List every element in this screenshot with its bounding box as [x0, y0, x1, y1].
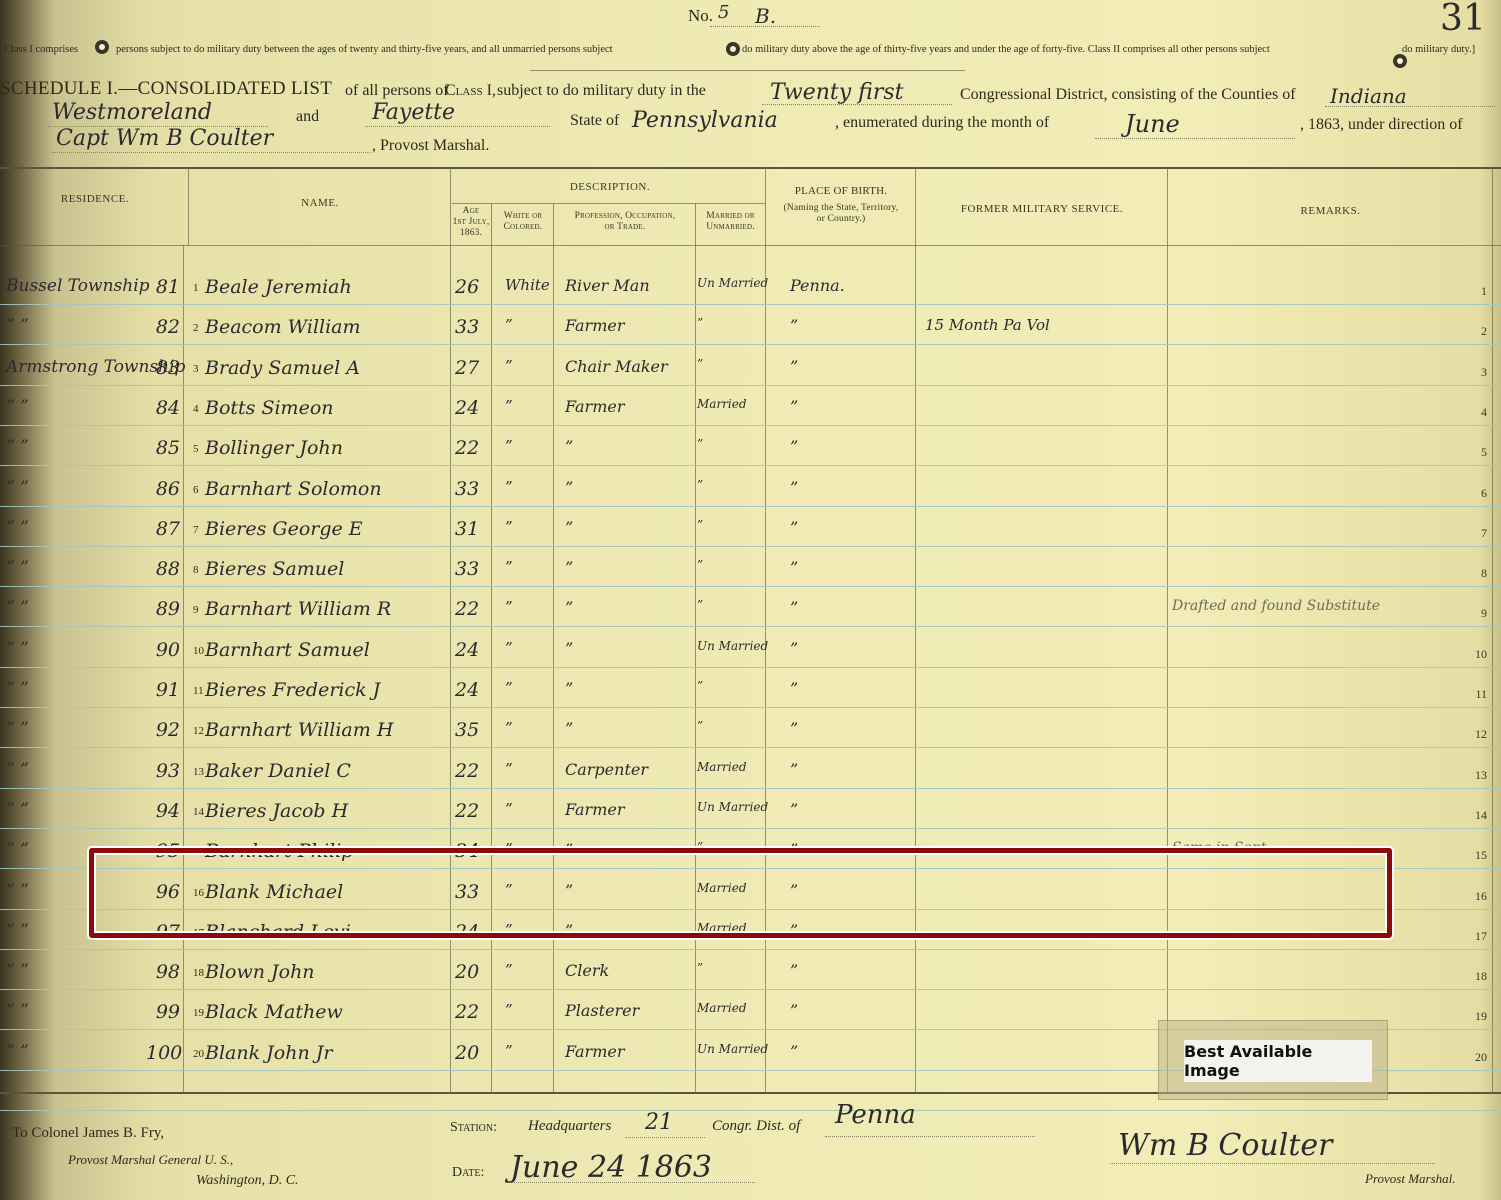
- signature-title: Provost Marshal.: [1365, 1171, 1456, 1187]
- residence-place: ” ”: [6, 316, 29, 336]
- marital-status: ”: [697, 558, 703, 572]
- profession: Farmer: [565, 316, 625, 335]
- place-of-birth: ”: [790, 478, 798, 497]
- state-value: Pennsylvania: [632, 108, 778, 133]
- marital-status: ”: [697, 316, 703, 330]
- age: 31: [455, 518, 479, 540]
- profession: Carpenter: [565, 760, 648, 779]
- age: 26: [455, 276, 479, 298]
- age: 24: [455, 679, 479, 701]
- enumerated-label: , enumerated during the month of: [835, 114, 1049, 132]
- white-or-colored: ”: [505, 1001, 513, 1019]
- profession: Farmer: [565, 397, 625, 416]
- age: 33: [455, 316, 479, 338]
- header-age: Age 1st July, 1863.: [451, 206, 491, 239]
- header-name: NAME.: [260, 198, 380, 209]
- residence-place: ” ”: [6, 679, 29, 699]
- residence-number: 81: [146, 276, 180, 298]
- table-row: ” ”9414Bieres Jacob H22”FarmerUn Married…: [0, 792, 1501, 832]
- header-white-or-colored: White or Colored.: [493, 211, 553, 233]
- line-number: 7: [1481, 526, 1487, 541]
- entry-index: 12: [193, 725, 204, 737]
- person-name: Blown John: [205, 961, 315, 983]
- place-of-birth: ”: [790, 598, 798, 617]
- table-row: ” ”899Barnhart William R22””””Drafted an…: [0, 590, 1501, 630]
- residence-place: ” ”: [6, 719, 29, 739]
- class-note-mid2: do military duty above the age of thirty…: [742, 44, 1270, 55]
- white-or-colored: ”: [505, 719, 513, 737]
- header-residence: RESIDENCE.: [40, 194, 150, 205]
- best-available-image-stamp: Best Available Image: [1184, 1040, 1372, 1082]
- profession: ”: [565, 598, 573, 617]
- marital-status: ”: [697, 719, 703, 733]
- line-number: 6: [1481, 486, 1487, 501]
- age: 33: [455, 558, 479, 580]
- person-name: Barnhart William H: [205, 719, 393, 741]
- white-or-colored: ”: [505, 518, 513, 536]
- table-row: Bussel Township811Beale Jeremiah26WhiteR…: [0, 268, 1501, 308]
- class-note-end: do military duty.]: [1402, 44, 1475, 55]
- former-military-service: 15 Month Pa Vol: [925, 316, 1050, 334]
- residence-number: 89: [146, 598, 180, 620]
- month-value: June: [1125, 110, 1180, 138]
- residence-place: ” ”: [6, 598, 29, 618]
- district-of-value: Penna: [835, 1100, 916, 1130]
- profession: ”: [565, 518, 573, 537]
- profession: Chair Maker: [565, 357, 668, 376]
- table-row: ” ”9818Blown John20”Clerk””18: [0, 953, 1501, 993]
- title-and: and: [296, 108, 319, 126]
- marital-status: ”: [697, 437, 703, 451]
- line-number: 9: [1481, 606, 1487, 621]
- document-page: No. 5 B. 31 Class I comprises persons su…: [0, 0, 1501, 1200]
- marital-status: Un Married: [697, 639, 768, 653]
- entry-index: 7: [193, 524, 199, 536]
- line-number: 17: [1475, 929, 1487, 944]
- residence-number: 93: [146, 760, 180, 782]
- residence-place: ” ”: [6, 558, 29, 578]
- title-class: Class I,: [445, 82, 496, 100]
- station-hq: Headquarters: [528, 1118, 611, 1135]
- entry-index: 3: [193, 363, 199, 375]
- place-of-birth: ”: [790, 397, 798, 416]
- age: 22: [455, 598, 479, 620]
- entry-index: 5: [193, 443, 199, 455]
- marshal-label: , Provost Marshal.: [372, 137, 489, 155]
- page-number: 31: [1440, 0, 1486, 39]
- marital-status: Married: [697, 760, 747, 774]
- table-row: ” ”844Botts Simeon24”FarmerMarried”4: [0, 389, 1501, 429]
- person-name: Brady Samuel A: [205, 357, 360, 379]
- table-row: ” ”9010Barnhart Samuel24””Un Married”10: [0, 631, 1501, 671]
- residence-place: ” ”: [6, 478, 29, 498]
- marshal-value: Capt Wm B Coulter: [56, 126, 273, 151]
- residence-number: 87: [146, 518, 180, 540]
- footer-to-line2: Provost Marshal General U. S.,: [68, 1152, 233, 1168]
- white-or-colored: ”: [505, 639, 513, 657]
- residence-number: 85: [146, 437, 180, 459]
- profession: Clerk: [565, 961, 609, 980]
- residence-number: 82: [146, 316, 180, 338]
- header-remarks: REMARKS.: [1169, 206, 1492, 217]
- place-of-birth: ”: [790, 1001, 798, 1020]
- place-of-birth: ”: [790, 558, 798, 577]
- table-row: ” ”888Bieres Samuel33””””8: [0, 550, 1501, 590]
- residence-place: ” ”: [6, 840, 29, 860]
- line-number: 12: [1475, 727, 1487, 742]
- entry-index: 2: [193, 322, 199, 334]
- class-note-left: Class I comprises: [4, 44, 78, 55]
- marital-status: ”: [697, 679, 703, 693]
- residence-number: 90: [146, 639, 180, 661]
- place-of-birth: ”: [790, 639, 798, 658]
- table-row: ” ”866Barnhart Solomon33””””6: [0, 470, 1501, 510]
- age: 24: [455, 397, 479, 419]
- table-row: ” ”9111Bieres Frederick J24””””11: [0, 671, 1501, 711]
- person-name: Bieres Jacob H: [205, 800, 348, 822]
- entry-index: 8: [193, 564, 199, 576]
- age: 22: [455, 760, 479, 782]
- entry-index: 11: [193, 685, 204, 697]
- entry-index: 14: [193, 806, 204, 818]
- age: 24: [455, 639, 479, 661]
- white-or-colored: ”: [505, 800, 513, 818]
- white-or-colored: ”: [505, 760, 513, 778]
- station-value: 21: [645, 1110, 673, 1135]
- residence-place: ” ”: [6, 1001, 29, 1021]
- age: 22: [455, 437, 479, 459]
- profession: Farmer: [565, 1042, 625, 1061]
- profession: ”: [565, 639, 573, 658]
- profession: Farmer: [565, 800, 625, 819]
- line-number: 15: [1475, 848, 1487, 863]
- line-number: 8: [1481, 566, 1487, 581]
- residence-number: 91: [146, 679, 180, 701]
- line-number: 1: [1481, 284, 1487, 299]
- table-row: ” ”877Bieres George E31””””7: [0, 510, 1501, 550]
- line-number: 10: [1475, 647, 1487, 662]
- place-of-birth: ”: [790, 719, 798, 738]
- residence-place: ” ”: [6, 437, 29, 457]
- line-number: 5: [1481, 445, 1487, 460]
- person-name: Bieres George E: [205, 518, 363, 540]
- white-or-colored: White: [505, 276, 550, 294]
- place-of-birth: ”: [790, 760, 798, 779]
- age: 35: [455, 719, 479, 741]
- station-label: Station:: [450, 1120, 497, 1136]
- person-name: Barnhart Solomon: [205, 478, 382, 500]
- line-number: 16: [1475, 889, 1487, 904]
- entry-index: 13: [193, 766, 204, 778]
- entry-index: 20: [193, 1048, 204, 1060]
- person-name: Botts Simeon: [205, 397, 334, 419]
- marital-status: ”: [697, 357, 703, 371]
- white-or-colored: ”: [505, 478, 513, 496]
- document-number-label: No.: [688, 6, 713, 26]
- residence-number: 86: [146, 478, 180, 500]
- entry-index: 4: [193, 403, 199, 415]
- place-of-birth: ”: [790, 316, 798, 335]
- residence-place: ” ”: [6, 639, 29, 659]
- county-indiana: Indiana: [1330, 84, 1407, 108]
- title-of-all: of all persons of: [345, 82, 449, 100]
- header-profession: Profession, Occupation, or Trade.: [555, 211, 695, 233]
- punch-hole: [95, 40, 109, 54]
- place-of-birth: ”: [790, 1042, 798, 1061]
- white-or-colored: ”: [505, 1042, 513, 1060]
- residence-number: 92: [146, 719, 180, 741]
- line-number: 2: [1481, 324, 1487, 339]
- marital-status: Un Married: [697, 276, 768, 290]
- line-number: 18: [1475, 969, 1487, 984]
- title-subject: subject to do military duty in the: [497, 82, 706, 100]
- residence-place: Bussel Township: [6, 276, 150, 296]
- schedule-title: SCHEDULE I.—CONSOLIDATED LIST: [0, 78, 332, 100]
- residence-number: 88: [146, 558, 180, 580]
- header-description: DESCRIPTION.: [530, 182, 690, 193]
- age: 20: [455, 1042, 479, 1064]
- profession: ”: [565, 558, 573, 577]
- footer-to: To Colonel James B. Fry,: [12, 1125, 164, 1142]
- highlighted-rows-box: [89, 848, 1392, 938]
- age: 20: [455, 961, 479, 983]
- year-label: , 1863, under direction of: [1300, 116, 1463, 134]
- footer-to-line3: Washington, D. C.: [196, 1173, 299, 1189]
- person-name: Beacom William: [205, 316, 361, 338]
- person-name: Black Mathew: [205, 1001, 343, 1023]
- district-value: Twenty first: [770, 80, 904, 105]
- document-number-value: 5: [718, 2, 729, 23]
- table-row: ” ”9313Baker Daniel C22”CarpenterMarried…: [0, 752, 1501, 792]
- entry-index: 9: [193, 604, 199, 616]
- table-row: ” ”855Bollinger John22””””5: [0, 429, 1501, 469]
- residence-number: 100: [146, 1042, 180, 1064]
- white-or-colored: ”: [505, 679, 513, 697]
- profession: ”: [565, 679, 573, 698]
- marital-status: Un Married: [697, 1042, 768, 1056]
- person-name: Bieres Samuel: [205, 558, 344, 580]
- marital-status: ”: [697, 598, 703, 612]
- class-note-mid: persons subject to do military duty betw…: [116, 44, 613, 55]
- entry-index: 18: [193, 967, 204, 979]
- residence-number: 84: [146, 397, 180, 419]
- residence-place: ” ”: [6, 397, 29, 417]
- entry-index: 6: [193, 484, 199, 496]
- person-name: Beale Jeremiah: [205, 276, 352, 298]
- place-of-birth: Penna.: [790, 276, 845, 295]
- marital-status: ”: [697, 518, 703, 532]
- line-number: 11: [1475, 687, 1487, 702]
- residence-place: ” ”: [6, 881, 29, 901]
- table-row: ” ”9212Barnhart William H35””””12: [0, 711, 1501, 751]
- person-name: Blank John Jr: [205, 1042, 332, 1064]
- person-name: Barnhart William R: [205, 598, 391, 620]
- age: 22: [455, 800, 479, 822]
- header-former-military-service: FORMER MILITARY SERVICE.: [917, 204, 1167, 215]
- profession: ”: [565, 719, 573, 738]
- marital-status: Married: [697, 1001, 747, 1015]
- residence-place: ” ”: [6, 760, 29, 780]
- place-of-birth: ”: [790, 518, 798, 537]
- district-label: Congressional District, consisting of th…: [960, 86, 1296, 104]
- profession: ”: [565, 478, 573, 497]
- marital-status: Un Married: [697, 800, 768, 814]
- place-of-birth: ”: [790, 437, 798, 456]
- person-name: Barnhart Samuel: [205, 639, 370, 661]
- line-number: 19: [1475, 1009, 1487, 1024]
- place-of-birth: ”: [790, 800, 798, 819]
- line-number: 4: [1481, 405, 1487, 420]
- place-of-birth: ”: [790, 679, 798, 698]
- date-value: June 24 1863: [510, 1150, 712, 1185]
- residence-number: 83: [146, 357, 180, 379]
- person-name: Bollinger John: [205, 437, 343, 459]
- residence-place: ” ”: [6, 961, 29, 981]
- district-of-label: Congr. Dist. of: [712, 1118, 800, 1135]
- residence-place: ” ”: [6, 1042, 29, 1062]
- signature: Wm B Coulter: [1118, 1128, 1332, 1163]
- age: 27: [455, 357, 479, 379]
- header-place-of-birth: PLACE OF BIRTH. (Naming the State, Terri…: [767, 186, 915, 225]
- marital-status: ”: [697, 961, 703, 975]
- white-or-colored: ”: [505, 961, 513, 979]
- residence-number: 99: [146, 1001, 180, 1023]
- residence-place: ” ”: [6, 800, 29, 820]
- profession: ”: [565, 437, 573, 456]
- punch-hole: [1393, 54, 1407, 68]
- place-of-birth: ”: [790, 357, 798, 376]
- profession: Plasterer: [565, 1001, 639, 1020]
- white-or-colored: ”: [505, 598, 513, 616]
- county-fayette: Fayette: [372, 100, 455, 125]
- profession: River Man: [565, 276, 650, 295]
- age: 33: [455, 478, 479, 500]
- white-or-colored: ”: [505, 316, 513, 334]
- residence-place: ” ”: [6, 921, 29, 941]
- line-number: 13: [1475, 768, 1487, 783]
- person-name: Baker Daniel C: [205, 760, 351, 782]
- document-number-suffix: B.: [755, 4, 776, 28]
- marital-status: ”: [697, 478, 703, 492]
- white-or-colored: ”: [505, 397, 513, 415]
- white-or-colored: ”: [505, 558, 513, 576]
- state-label: State of: [570, 112, 619, 130]
- remarks: Drafted and found Substitute: [1172, 598, 1380, 614]
- header-married: Married or Unmarried.: [696, 211, 765, 233]
- county-westmoreland: Westmoreland: [52, 100, 212, 125]
- entry-index: 19: [193, 1007, 204, 1019]
- line-number: 20: [1475, 1050, 1487, 1065]
- age: 22: [455, 1001, 479, 1023]
- person-name: Bieres Frederick J: [205, 679, 380, 701]
- ruled-line: [0, 1110, 1501, 1111]
- line-number: 14: [1475, 808, 1487, 823]
- table-row: ” ”822Beacom William33”Farmer””15 Month …: [0, 308, 1501, 348]
- punch-hole: [726, 42, 740, 56]
- white-or-colored: ”: [505, 357, 513, 375]
- entry-index: 1: [193, 282, 199, 294]
- residence-number: 94: [146, 800, 180, 822]
- residence-number: 98: [146, 961, 180, 983]
- marital-status: Married: [697, 397, 747, 411]
- entry-index: 10: [193, 645, 204, 657]
- white-or-colored: ”: [505, 437, 513, 455]
- residence-place: ” ”: [6, 518, 29, 538]
- place-of-birth: ”: [790, 961, 798, 980]
- date-label: Date:: [452, 1165, 484, 1181]
- table-row: Armstrong Township833Brady Samuel A27”Ch…: [0, 349, 1501, 389]
- line-number: 3: [1481, 365, 1487, 380]
